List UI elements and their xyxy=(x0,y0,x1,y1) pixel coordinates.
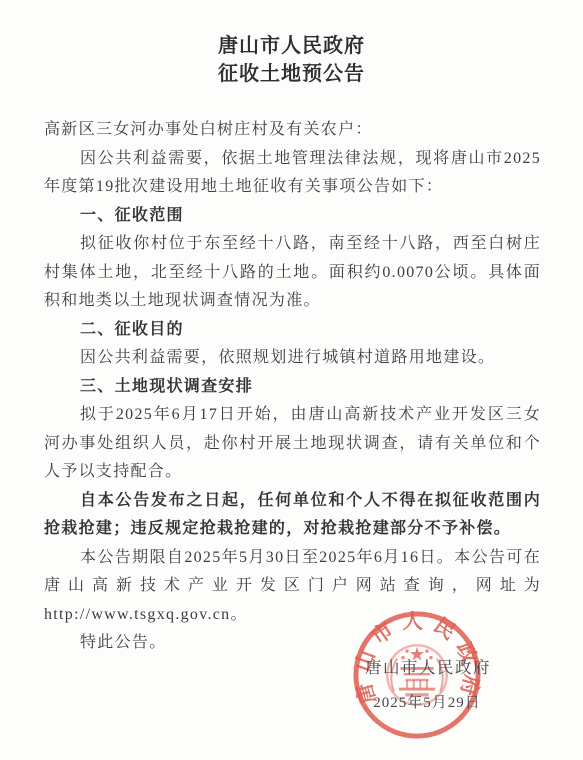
signature-issuer: 唐山市人民政府 xyxy=(360,654,496,678)
document-title: 唐山市人民政府 征收土地预公告 xyxy=(0,32,583,88)
title-line-announcement: 征收土地预公告 xyxy=(0,60,583,88)
signature-date: 2025年5月29日 xyxy=(352,691,502,712)
salutation-line: 高新区三女河办事处白树庄村及有关农户： xyxy=(44,116,541,145)
section-3-text: 拟于2025年6月17日开始，由唐山高新技术产业开发区三女河办事处组织人员，赴你… xyxy=(44,401,541,487)
section-1-heading: 一、征收范围 xyxy=(44,202,541,231)
title-line-government: 唐山市人民政府 xyxy=(0,32,583,60)
section-2-text: 因公共利益需要，依照规划进行城镇村道路用地建设。 xyxy=(44,344,541,373)
section-3-heading: 三、土地现状调查安排 xyxy=(44,373,541,402)
warning-paragraph: 自本公告发布之日起，任何单位和个人不得在拟征收范围内抢栽抢建；违反规定抢栽抢建的… xyxy=(44,487,541,544)
intro-paragraph: 因公共利益需要，依据土地管理法律法规，现将唐山市2025年度第19批次建设用地土… xyxy=(44,145,541,202)
section-2-heading: 二、征收目的 xyxy=(44,316,541,345)
announcement-document-page: 唐山市人民政府 征收土地预公告 高新区三女河办事处白树庄村及有关农户： 因公共利… xyxy=(0,0,583,760)
section-1-text: 拟征收你村位于东至经十八路，南至经十八路，西至白树庄村集体土地，北至经十八路的土… xyxy=(44,230,541,316)
document-body: 高新区三女河办事处白树庄村及有关农户： 因公共利益需要，依据土地管理法律法规，现… xyxy=(44,116,541,658)
